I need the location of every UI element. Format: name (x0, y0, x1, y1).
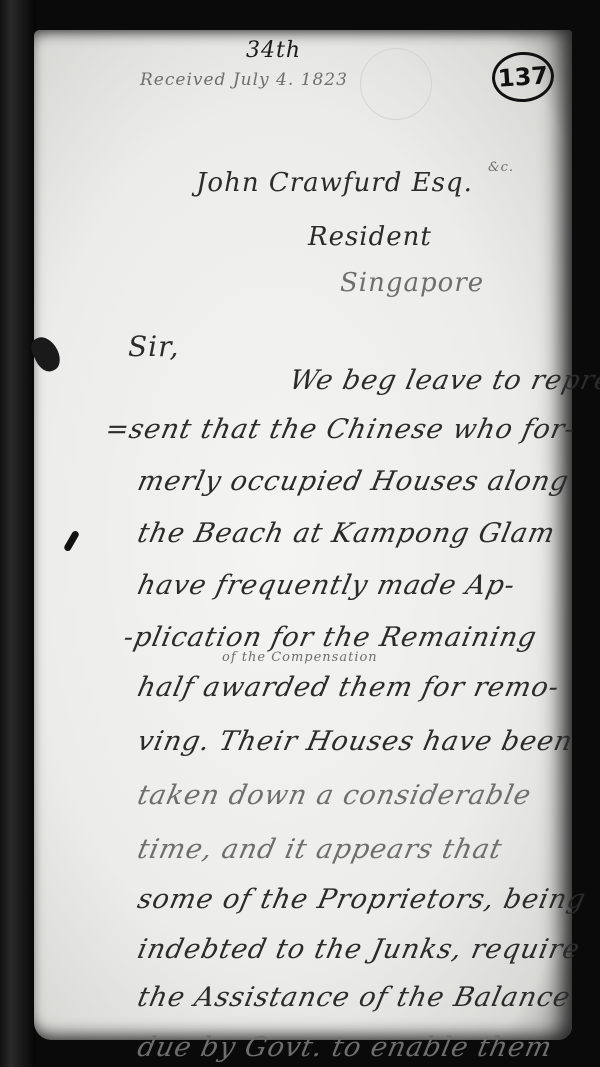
body-line: =sent that the Chinese who for- (103, 414, 579, 445)
body-line: have frequently made Ap- (135, 570, 519, 601)
addressee-name: John Crawfurd Esq. (196, 168, 473, 198)
binding-spine (0, 0, 36, 1067)
body-line: -plication for the Remaining (121, 622, 540, 653)
body-line: half awarded them for remo- (135, 672, 563, 703)
body-line: indebted to the Junks, require (135, 934, 583, 965)
salutation: Sir, (128, 330, 179, 363)
body-line: time, and it appears that (135, 834, 506, 865)
body-line: the Assistance of the Balance (135, 982, 574, 1013)
addressee-place: Singapore (340, 268, 484, 298)
faint-stamp-mark (360, 48, 432, 120)
body-line: due by Govt. to enable them (135, 1032, 555, 1063)
addressee-suffix: &c. (488, 160, 514, 175)
docket-number: 34th (246, 38, 301, 63)
body-line: ving. Their Houses have been (135, 726, 576, 757)
body-line: We beg leave to repre- (287, 365, 600, 396)
body-line: the Beach at Kampong Glam (135, 518, 559, 549)
body-line: merly occupied Houses along (135, 466, 572, 497)
received-annotation: Received July 4. 1823 (140, 70, 348, 90)
body-line: some of the Proprietors, being (135, 884, 589, 915)
addressee-title: Resident (308, 222, 432, 252)
interlinear-insertion: of the Compensation (222, 650, 378, 665)
body-line: taken down a considerable (135, 780, 535, 811)
